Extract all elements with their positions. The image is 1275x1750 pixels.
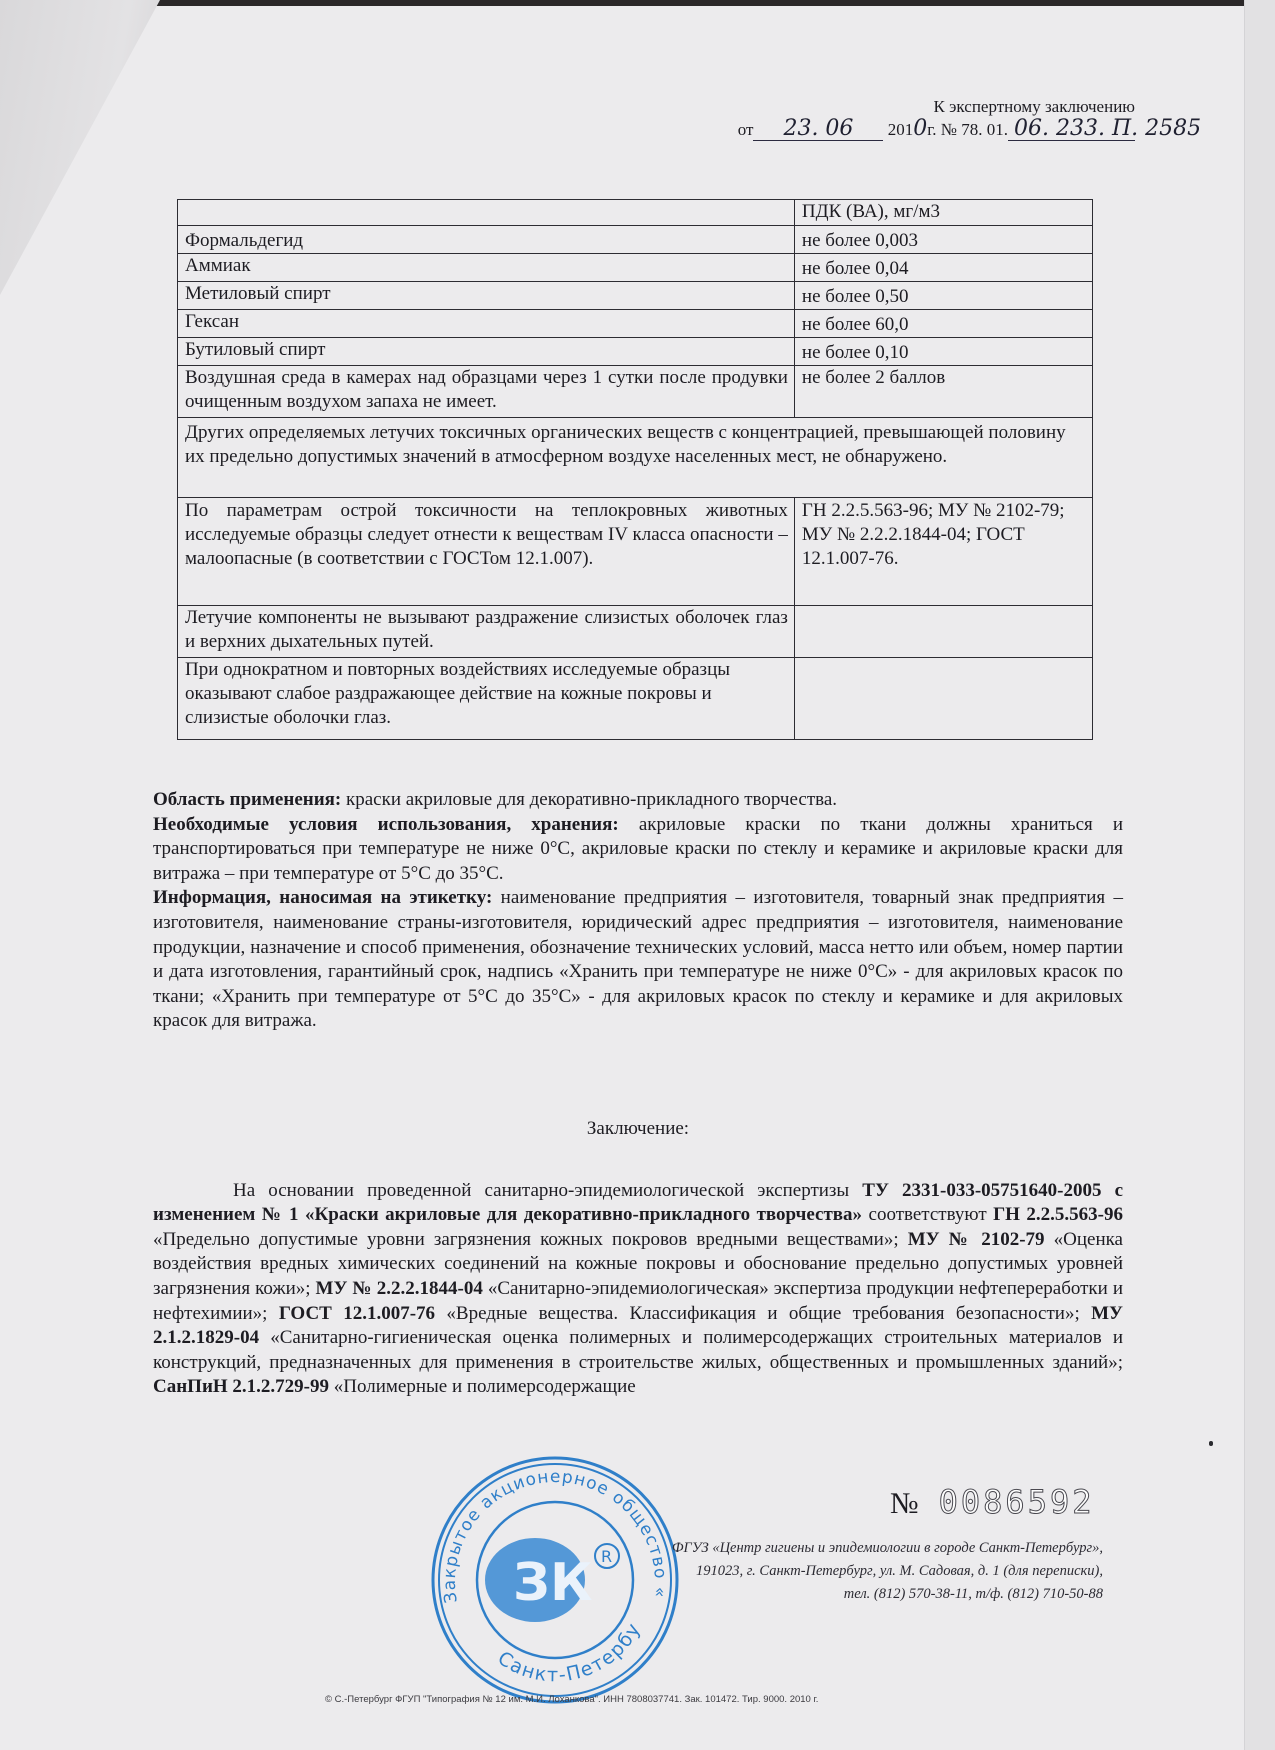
organization-address-block: ФГУЗ «Центр гигиены и эпидемиологии в го… — [672, 1537, 1103, 1606]
organization-name: ФГУЗ «Центр гигиены и эпидемиологии в го… — [672, 1537, 1103, 1560]
gost-reference: ГОСТ 12.1.007-76 — [279, 1303, 435, 1324]
logo-letters: ЗК — [513, 1553, 592, 1613]
table-header-row: ПДК (ВА), мг/м3 — [178, 200, 1093, 226]
organization-phones: тел. (812) 570-38-11, т/ф. (812) 710-50-… — [672, 1583, 1103, 1606]
year-handwritten: 0 — [913, 118, 927, 140]
label-info-label: Информация, наносимая на этикетку: — [153, 887, 492, 908]
table-row: Аммиак не более 0,04 — [178, 254, 1093, 282]
reference-caption: К экспертному заключению — [738, 96, 1135, 118]
reference-date-number-line: от23. 06 2010г. № 78. 01.06. 233. П. 258… — [738, 118, 1135, 141]
substance-value: не более 60,0 — [794, 310, 1092, 338]
table-row: Бутиловый спирт не более 0,10 — [178, 338, 1093, 366]
conclusion-heading: Заключение: — [153, 1117, 1123, 1142]
number-sign: № — [890, 1487, 921, 1520]
product-info-section: Область применения: краски акриловые для… — [153, 788, 1123, 1034]
pdk-table: ПДК (ВА), мг/м3 Формальдегид не более 0,… — [177, 199, 1093, 740]
company-seal-stamp: ЗК R Закрытое акционерное общество «Заво… — [427, 1452, 683, 1708]
label-info-text: наименование предприятия – изготовителя,… — [153, 887, 1123, 1031]
number-prefix: № 78. 01. — [941, 120, 1008, 139]
table-merged-row: Других определяемых летучих токсичных ор… — [178, 418, 1093, 498]
gn-reference: ГН 2.2.5.563-96 — [993, 1204, 1123, 1225]
substance-value: не более 0,04 — [794, 254, 1092, 282]
substance-name: Метиловый спирт — [178, 282, 795, 310]
table-row: Летучие компоненты не вызывают раздражен… — [178, 606, 1093, 658]
toxicity-standards: ГН 2.2.5.563-96; МУ № 2102-79; МУ № 2.2.… — [794, 498, 1092, 606]
substance-value: не более 0,003 — [794, 226, 1092, 254]
substance-name: Гексан — [178, 310, 795, 338]
serial-digits: 0086592 — [939, 1483, 1095, 1521]
table-header-empty-cell — [178, 200, 795, 226]
conclusion-text: На основании проведенной санитарно-эпиде… — [233, 1180, 862, 1201]
scanner-edge-right — [1244, 0, 1275, 1750]
conclusion-text: «Санитарно-гигиеническая оценка полимерн… — [153, 1327, 1123, 1373]
skin-irritation-text: При однократном и повторных воздействиях… — [178, 658, 795, 740]
conditions-label: Необходимые условия использования, хране… — [153, 814, 619, 835]
scope-label: Область применения: — [153, 789, 341, 810]
svg-text:R: R — [601, 1547, 612, 1566]
scanner-edge-top — [0, 0, 1275, 6]
conclusion-text: соответствуют — [862, 1204, 993, 1225]
form-serial-number: №0086592 — [890, 1483, 1094, 1521]
scope-paragraph: Область применения: краски акриловые для… — [153, 788, 1123, 813]
scope-text: краски акриловые для декоративно-приклад… — [341, 789, 837, 810]
table-row: Формальдегид не более 0,003 — [178, 226, 1093, 254]
irritation-respiratory-value — [794, 606, 1092, 658]
substance-name: Бутиловый спирт — [178, 338, 795, 366]
table-row: При однократном и повторных воздействиях… — [178, 658, 1093, 740]
odor-value: не более 2 баллов — [794, 366, 1092, 418]
handwritten-date: 23. 06 — [753, 118, 883, 141]
mu-2102-reference: МУ № 2102-79 — [908, 1229, 1045, 1250]
odor-assessment: Воздушная среда в камерах над образцами … — [178, 366, 795, 418]
table-header-pdk: ПДК (ВА), мг/м3 — [794, 200, 1092, 226]
year-suffix: г. — [927, 120, 936, 139]
skin-irritation-value — [794, 658, 1092, 740]
conclusion-text: «Вредные вещества. Классификация и общие… — [435, 1303, 1091, 1324]
toxicity-class-text: По параметрам острой токсичности на тепл… — [178, 498, 795, 606]
scan-dot — [1209, 1441, 1213, 1446]
table-row: Гексан не более 60,0 — [178, 310, 1093, 338]
substance-name: Формальдегид — [178, 226, 795, 254]
substance-value: не более 0,50 — [794, 282, 1092, 310]
from-label: от — [738, 120, 754, 139]
year-printed: 201 — [888, 120, 914, 139]
conditions-paragraph: Необходимые условия использования, хране… — [153, 813, 1123, 887]
organization-address: 191023, г. Санкт-Петербург, ул. М. Садов… — [672, 1560, 1103, 1583]
mu-1844-reference: МУ № 2.2.2.1844-04 — [316, 1278, 483, 1299]
expert-conclusion-reference: К экспертному заключению от23. 06 2010г.… — [738, 96, 1135, 141]
volatile-substances-note: Других определяемых летучих токсичных ор… — [178, 418, 1093, 498]
table-row: Метиловый спирт не более 0,50 — [178, 282, 1093, 310]
handwritten-number: 06. 233. П. 2585 — [1008, 118, 1135, 141]
conclusion-text: «Полимерные и полимерсодержащие — [329, 1376, 636, 1397]
sanpin-reference: СанПиН 2.1.2.729-99 — [153, 1376, 329, 1397]
table-row: По параметрам острой токсичности на тепл… — [178, 498, 1093, 606]
conclusion-text: «Предельно допустимые уровни загрязнения… — [153, 1229, 908, 1250]
printing-house-imprint: © С.-Петербург ФГУП "Типография № 12 им.… — [325, 1694, 818, 1705]
label-info-paragraph: Информация, наносимая на этикетку: наиме… — [153, 886, 1123, 1034]
irritation-respiratory-text: Летучие компоненты не вызывают раздражен… — [178, 606, 795, 658]
substance-value: не более 0,10 — [794, 338, 1092, 366]
conclusion-paragraph: На основании проведенной санитарно-эпиде… — [153, 1179, 1123, 1400]
conclusion-section: Заключение: На основании проведенной сан… — [153, 1117, 1123, 1400]
table-row: Воздушная среда в камерах над образцами … — [178, 366, 1093, 418]
substance-name: Аммиак — [178, 254, 795, 282]
